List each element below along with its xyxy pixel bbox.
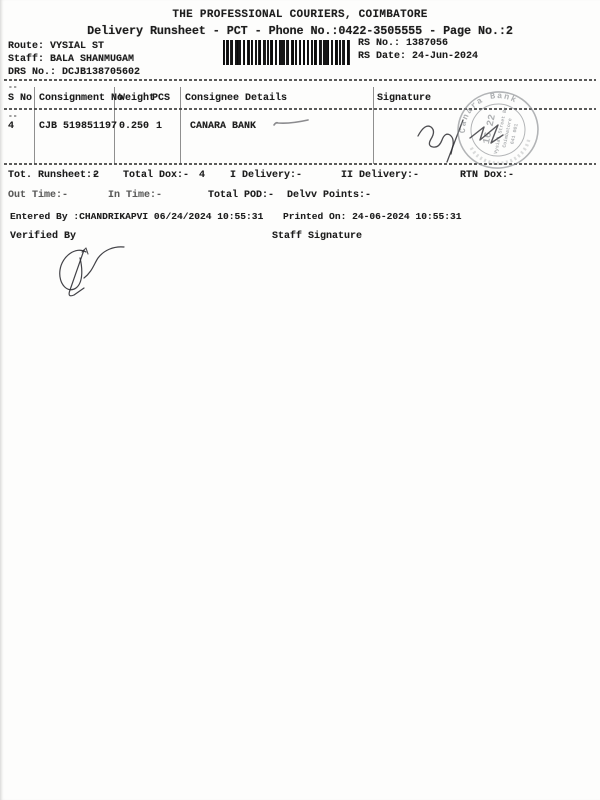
- cell-weight: 0.250: [119, 121, 149, 132]
- total-dox-label: Total Dox:-: [123, 170, 189, 181]
- rs-date-line: RS Date: 24-Jun-2024: [358, 51, 478, 62]
- cell-sno: 4: [8, 121, 14, 132]
- delivery-runsheet-scan: THE PROFESSIONAL COURIERS, COIMBATORE De…: [0, 0, 600, 800]
- col-header-pcs: PCS: [152, 93, 170, 104]
- drs-value: DCJB138705602: [62, 67, 140, 78]
- staff-line: Staff: BALA SHANMUGAM: [8, 54, 134, 65]
- cell-pcs: 1: [156, 121, 162, 132]
- staff-signature-label: Staff Signature: [272, 231, 362, 242]
- entered-by-value: CHANDRIKAPVI 06/24/2024 10:55:31: [79, 211, 263, 222]
- total-pod-label: Total POD:-: [208, 190, 274, 201]
- company-title: THE PROFESSIONAL COURIERS, COIMBATORE: [0, 9, 600, 21]
- entered-by-label: Entered By :: [10, 211, 79, 222]
- barcode: [223, 40, 351, 65]
- printed-on-label: Printed On:: [283, 211, 346, 222]
- col-header-weight: Weight: [119, 93, 155, 104]
- total-dox-value: 4: [199, 170, 205, 181]
- table-rule-4: [373, 87, 374, 164]
- printed-on-line: Printed On: 24-06-2024 10:55:31: [283, 211, 462, 222]
- route-label: Route:: [8, 41, 44, 52]
- cell-consignee: CANARA BANK: [190, 121, 256, 132]
- entered-by-line: Entered By :CHANDRIKAPVI 06/24/2024 10:5…: [10, 211, 263, 222]
- route-value: VYSIAL ST: [50, 41, 104, 52]
- col-header-consignment: Consignment No: [39, 93, 123, 104]
- table-rule-3: [180, 87, 181, 164]
- rs-no-value: 1387056: [406, 38, 448, 49]
- staff-value: BALA SHANMUGAM: [50, 54, 134, 65]
- table-rule-1: [34, 87, 35, 164]
- delvv-points-label: Delvv Points:-: [287, 190, 371, 201]
- i-delivery-label: I Delivery:-: [230, 170, 302, 181]
- separator-line-top: [4, 79, 596, 81]
- cell-consignment-no: CJB 519851197: [39, 121, 117, 132]
- staff-label: Staff:: [8, 54, 44, 65]
- canara-bank-stamp: Canara Bank 16 22 Vysial Street Br Coimb…: [452, 88, 544, 176]
- col-header-sno: S No: [8, 93, 32, 104]
- rs-no-label: RS No.:: [358, 38, 400, 49]
- drs-label: DRS No.:: [8, 67, 56, 78]
- col-header-consignee: Consignee Details: [185, 93, 287, 104]
- col-header-signature: Signature: [377, 93, 431, 104]
- rs-date-label: RS Date:: [358, 51, 406, 62]
- dash-artifact: --: [8, 83, 18, 92]
- printed-on-value: 24-06-2024 10:55:31: [352, 211, 461, 222]
- rs-date-value: 24-Jun-2024: [412, 51, 478, 62]
- drs-line: DRS No.: DCJB138705602: [8, 67, 140, 78]
- out-time-label: Out Time:-: [8, 190, 68, 201]
- pen-mark: [270, 115, 310, 131]
- dash-artifact: --: [8, 112, 18, 121]
- verified-signature-scribble: [40, 238, 140, 308]
- in-time-label: In Time:-: [108, 190, 162, 201]
- runsheet-subtitle: Delivery Runsheet - PCT - Phone No.:0422…: [0, 24, 600, 38]
- ii-delivery-label: II Delivery:-: [341, 170, 419, 181]
- tot-runsheet-value: 2: [93, 170, 99, 181]
- rs-no-line: RS No.: 1387056: [358, 38, 448, 49]
- tot-runsheet-label: Tot. Runsheet:-: [8, 170, 98, 181]
- route-line: Route: VYSIAL ST: [8, 41, 104, 52]
